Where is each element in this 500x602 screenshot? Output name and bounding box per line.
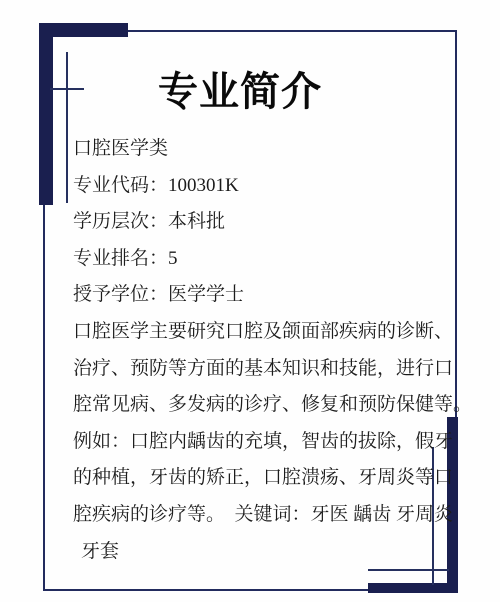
info-card: 专业简介 口腔医学类 专业代码：100301K 学历层次：本科批 专业排名：5 … [0, 0, 500, 602]
keywords-line: 腔疾病的诊疗等。 关键词：牙医 龋齿 牙周炎 [73, 497, 457, 534]
degree-level-line: 学历层次：本科批 [73, 204, 457, 241]
bottom-right-accent-bar-horizontal [368, 583, 458, 593]
description-line: 口腔医学主要研究口腔及颌面部疾病的诊断、 [73, 314, 457, 351]
major-rank-line: 专业排名：5 [73, 241, 457, 278]
category-line: 口腔医学类 [73, 131, 457, 168]
page-title: 专业简介 [0, 60, 480, 117]
body-text-block: 口腔医学类 专业代码：100301K 学历层次：本科批 专业排名：5 授予学位：… [73, 131, 457, 570]
description-line: 例如：口腔内龋齿的充填，智齿的拔除，假牙 [73, 424, 457, 461]
keywords-overflow-line: 牙套 [73, 534, 457, 571]
major-code-line: 专业代码：100301K [73, 168, 457, 205]
description-line: 治疗、预防等方面的基本知识和技能，进行口 [73, 351, 457, 388]
awarded-degree-line: 授予学位：医学学士 [73, 277, 457, 314]
description-line: 腔常见病、多发病的诊疗、修复和预防保健等。 [73, 387, 457, 424]
description-line: 的种植，牙齿的矫正，口腔溃疡、牙周炎等口 [73, 460, 457, 497]
